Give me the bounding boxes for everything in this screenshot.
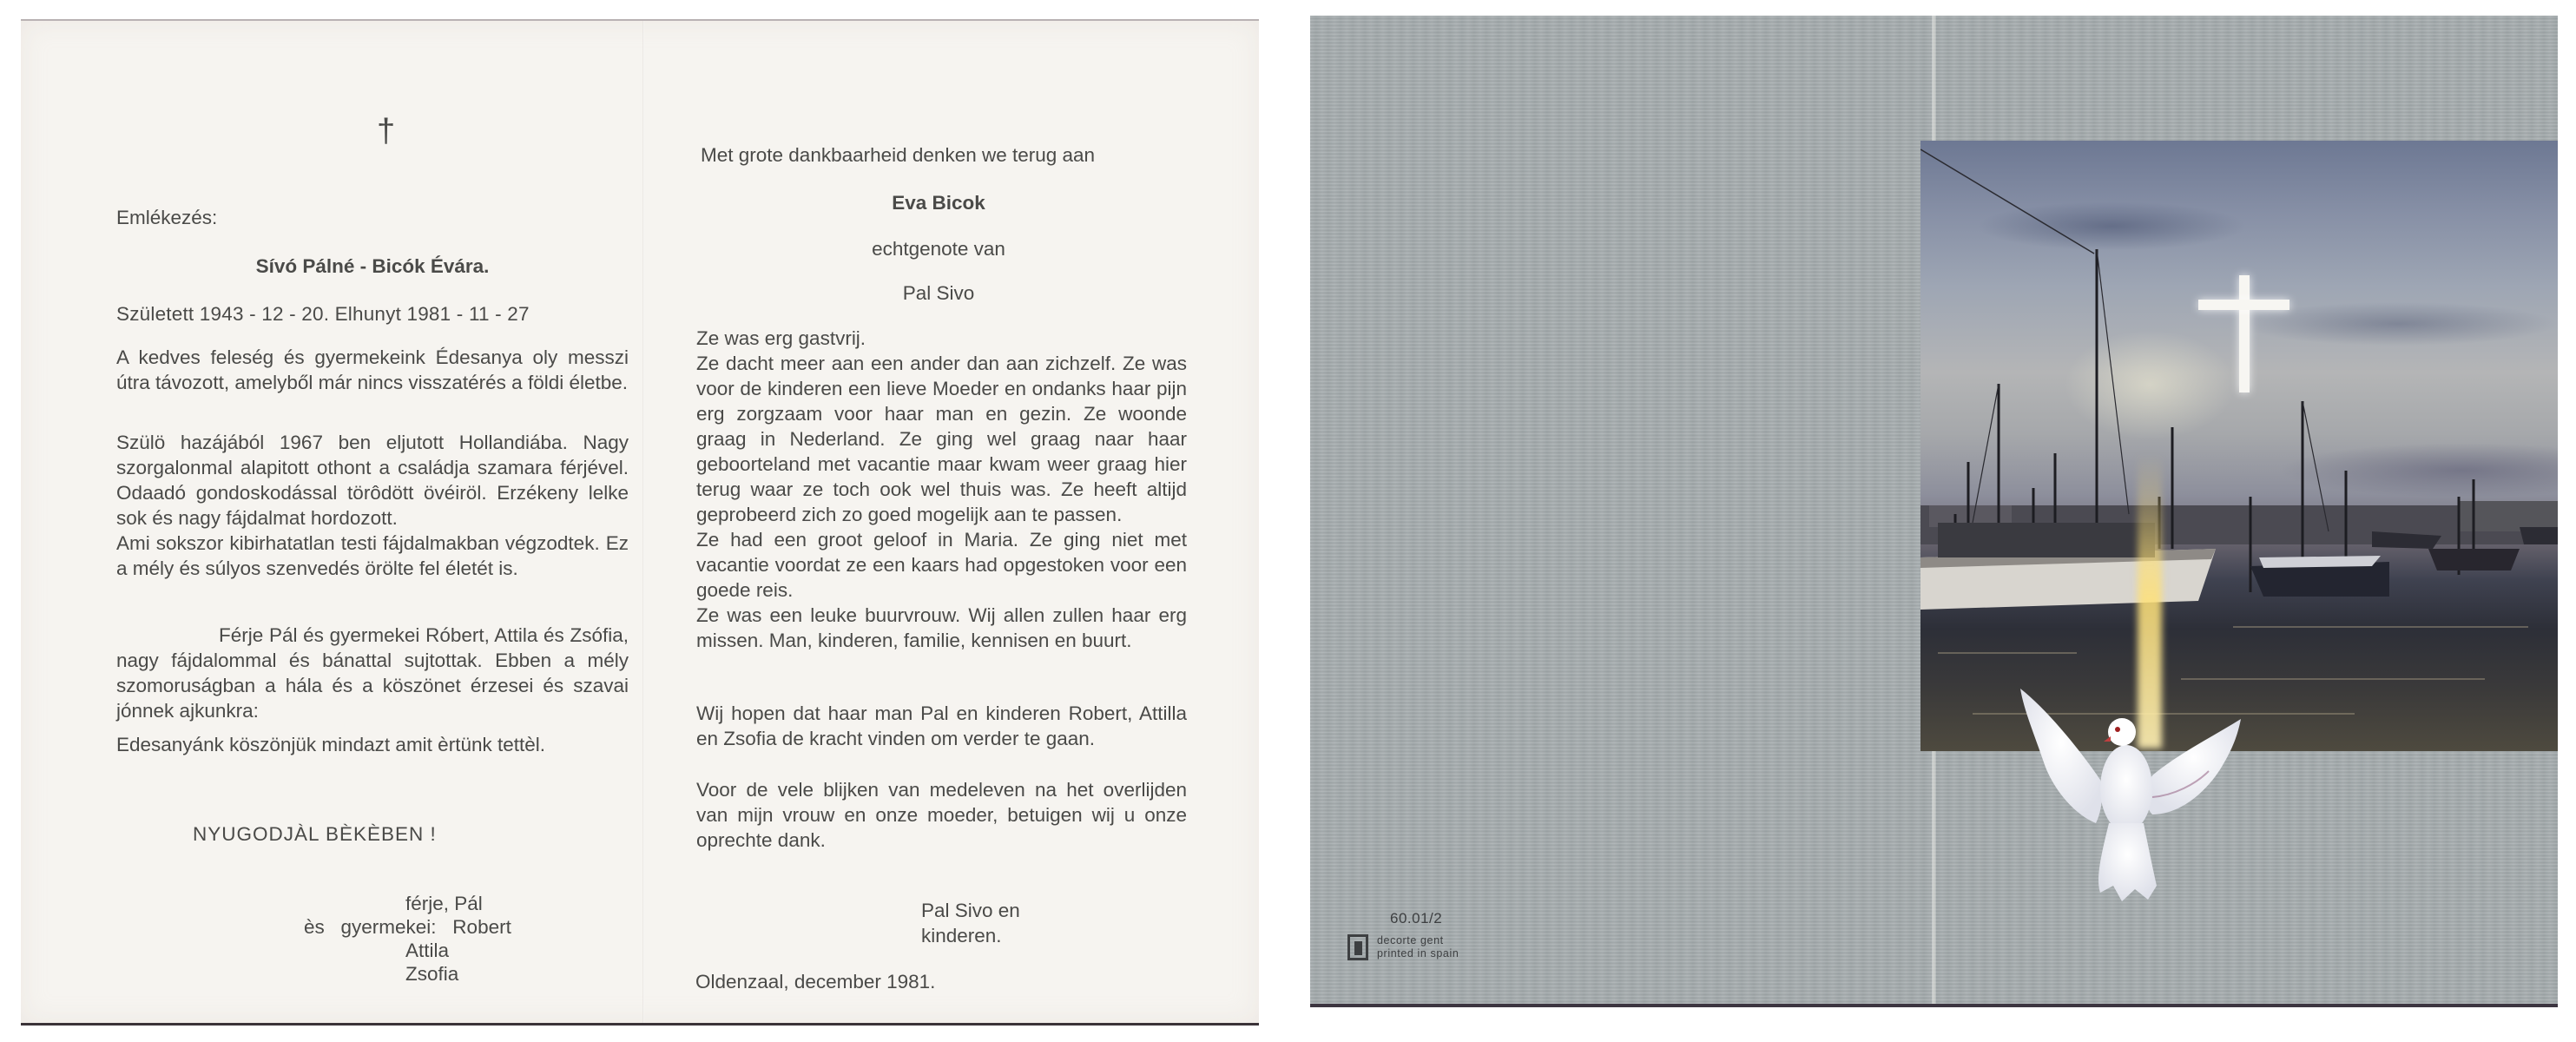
printer-name: decorte gent printed in spain — [1377, 934, 1459, 960]
cover-card: 60.01/2 decorte gent printed in spain — [1310, 16, 2558, 1007]
thanks-intro: Met grote dankbaarheid denken we terug a… — [701, 142, 1196, 168]
place-and-date: Oldenzaal, december 1981. — [695, 969, 935, 994]
printer-logo-icon — [1347, 934, 1368, 960]
deceased-name-nl: Eva Bicok — [678, 190, 1199, 215]
nl-signature-line-1: Pal Sivo en — [921, 898, 1020, 923]
light-cross-icon — [2239, 275, 2250, 392]
nl-paragraph-3: Voor de vele blijken van medeleven na he… — [696, 777, 1187, 853]
spouse-name: Pal Sivo — [678, 280, 1199, 306]
signature-children: ès gyermekei: Robert — [304, 914, 511, 940]
printer-name-line-2: printed in spain — [1377, 947, 1459, 960]
remembrance-label: Emlékezés: — [116, 205, 217, 230]
hu-paragraph-3: Férje Pál és gyermekei Róbert, Attila és… — [116, 623, 629, 723]
printer-name-line-1: decorte gent — [1377, 934, 1444, 946]
cross-icon: † — [377, 115, 395, 148]
life-dates: Született 1943 - 12 - 20. Elhunyt 1981 -… — [116, 301, 629, 326]
dutch-page: Met grote dankbaarheid denken we terug a… — [678, 21, 1199, 1023]
sailboats-silhouette — [1920, 141, 2558, 751]
hungarian-page: † Emlékezés: Sívó Pálné - Bicók Évára. S… — [116, 21, 629, 1023]
spouse-label: echtgenote van — [678, 236, 1199, 261]
signature-child-attila: Attila — [405, 938, 449, 963]
nl-signature-line-2: kinderen. — [921, 923, 1020, 948]
inside-card: † Emlékezés: Sívó Pálné - Bicók Évára. S… — [21, 19, 1259, 1026]
nl-signature: Pal Sivo en kinderen. — [921, 898, 1020, 948]
nl-paragraph-1: Ze was erg gastvrij. Ze dacht meer aan e… — [696, 326, 1187, 653]
printer-code: 60.01/2 — [1390, 910, 1442, 927]
nl-paragraph-2: Wij hopen dat haar man Pal en kinderen R… — [696, 701, 1187, 751]
signature-child-zsofia: Zsofia — [405, 961, 458, 986]
rest-in-peace: NYUGODJÀL BÈKÈBEN ! — [193, 821, 437, 847]
harbour-photo — [1920, 141, 2558, 751]
deceased-name-hu: Sívó Pálné - Bicók Évára. — [116, 254, 629, 279]
hu-paragraph-2: Szülö hazájából 1967 ben eljutott Hollan… — [116, 430, 629, 581]
card-fold-line — [642, 21, 644, 1023]
signature-spouse: férje, Pál — [405, 891, 483, 916]
hu-paragraph-1: A kedves feleség és gyermekeink Édesanya… — [116, 345, 629, 395]
light-cross-bar — [2198, 300, 2289, 310]
white-dove-icon — [2013, 684, 2248, 919]
hu-paragraph-4: Edesanyánk köszönjük mindazt amit èrtünk… — [116, 732, 629, 757]
